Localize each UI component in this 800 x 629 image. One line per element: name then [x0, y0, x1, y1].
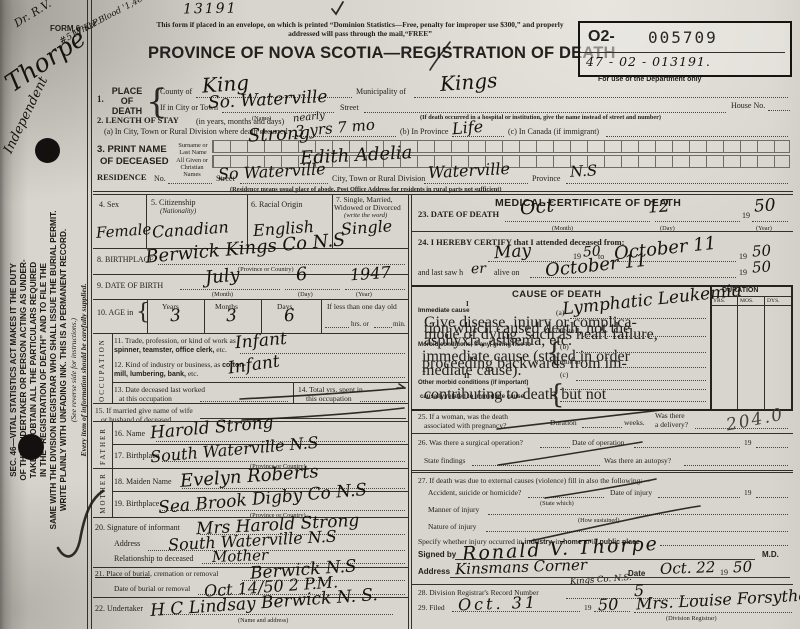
pregnancy-label-2: associated with pregnancy?: [424, 422, 506, 431]
residence-division-value: Waterville: [428, 161, 511, 181]
dob-day-value: 6: [295, 265, 308, 284]
dod-month-value: Oct: [519, 196, 555, 218]
given-caption-2: Christian Names: [172, 164, 212, 178]
father-mother-border: [112, 421, 113, 517]
total-years-line: [360, 401, 405, 402]
stamp-divider: [580, 52, 785, 53]
alive-on-line: [530, 277, 736, 278]
dod-year-value: 50: [753, 197, 776, 215]
mother-maiden-label: 18. Maiden Name: [114, 477, 172, 486]
last-saw-h-value: er: [471, 262, 486, 277]
last-worked-line: [200, 401, 288, 402]
trade-label-etc: etc.: [216, 345, 227, 354]
specify-line: [660, 545, 788, 546]
industry-label-etc: etc.: [188, 369, 199, 378]
dod-year-line: [752, 221, 788, 222]
immediate-cause-label: Immediate cause: [418, 307, 470, 314]
margin-line-3: TAKER TO OBTAIN ALL THE PARTICULARS REQU…: [29, 116, 39, 624]
industry-label-2: mill, lumbering, bank,: [114, 371, 186, 378]
trade-value: Infant: [234, 331, 287, 352]
injury-date-label: Date of injury: [610, 489, 652, 498]
accident-line: [528, 497, 604, 498]
duration-rule-2: [710, 305, 791, 306]
s1-heading: PLACE OF DEATH: [106, 86, 148, 116]
alive-19: 19: [739, 268, 747, 277]
father-name-label: 16. Name: [114, 429, 145, 438]
residence-province-line: [566, 183, 788, 184]
stay-c-line: [606, 136, 788, 137]
age-min-line: [374, 327, 392, 328]
cause-box-bottom: [411, 409, 793, 411]
informant-address-label: Address: [114, 539, 140, 548]
dob-year-value: 1947: [349, 265, 391, 284]
age-months-value: 3: [225, 308, 237, 326]
city-town-value: So. Waterville: [208, 89, 328, 112]
sex-label: 4. Sex: [99, 200, 119, 209]
check-mark-top: [332, 2, 343, 14]
how-sustained-caption: (How sustained): [578, 517, 619, 524]
cause-c-line: [576, 380, 706, 381]
citizenship-value: Canadian: [152, 219, 230, 240]
top-file-number: 13191: [183, 2, 238, 17]
signed-19: 19: [720, 568, 728, 577]
street-label: Street: [340, 103, 359, 112]
dod-19: 19: [742, 211, 750, 220]
duration-dys: DYS.: [767, 298, 780, 304]
filed-19: 19: [584, 604, 592, 613]
house-no-line: [768, 110, 790, 111]
alive-on-label: alive on: [494, 268, 520, 277]
autopsy-label: Was there an autopsy?: [604, 457, 671, 466]
burial-date-label: Date of burial or removal: [114, 585, 190, 594]
age-less-label: If less than one day old: [327, 303, 397, 312]
punch-hole-bottom: [18, 434, 44, 460]
father-vertical-label: FATHER: [99, 421, 107, 471]
operation-19: 19: [744, 439, 752, 448]
dob-day-caption: (Day): [298, 291, 313, 298]
to-19: 19: [739, 252, 747, 261]
signed-year-value: 50: [733, 560, 753, 576]
age-hrs-label: hrs. or: [351, 320, 369, 328]
s1-heading-place: PLACE: [106, 86, 148, 96]
delivery-label-2: a delivery?: [655, 421, 688, 430]
margin-notice-rotated: SEC. 46—VITAL STATISTICS ACT MAKES IT TH…: [9, 116, 89, 624]
surname-caption: Surname or Last Name: [176, 142, 210, 156]
weeks-label: weeks.: [624, 419, 645, 428]
accident-label: Accident, suicide or homicide?: [428, 489, 521, 498]
rule-under-signed: [411, 584, 793, 585]
rule-under-12: [112, 382, 408, 383]
dod-day-line: [655, 221, 740, 222]
dob-year-line: [345, 289, 405, 290]
of-deceased-heading: OF DECEASED: [100, 156, 169, 167]
industry-value: Infant: [227, 353, 281, 377]
stamp-number: 005709: [648, 28, 718, 47]
other-morbid-label: Other morbid conditions (if important): [418, 379, 528, 386]
cause-o3: causally related to immediate cause.: [420, 393, 526, 400]
given-caption: All Given or Christian Names: [172, 157, 212, 178]
cause-brace-2: {: [548, 380, 565, 410]
residence-no-label: No.: [154, 174, 166, 183]
street-line: [364, 112, 726, 113]
injury-year-line: [756, 497, 788, 498]
mother-birthplace-label: 19. Birthplace: [114, 499, 159, 508]
signed-date-value: Oct. 22: [660, 560, 716, 577]
trade-label-2: spinner, teamster, office clerk,: [114, 347, 214, 354]
dob-year-caption: (Year): [356, 291, 372, 298]
alive-year-value: 50: [752, 259, 772, 275]
margin-line-5: SAME WITH THE DIVISION REGISTRAR WHO SHA…: [49, 116, 59, 624]
signed-by-label: Signed by: [418, 550, 456, 559]
surname-value: Strong: [248, 124, 311, 145]
cause-b-line: [576, 352, 706, 353]
duration-col-2: [764, 296, 765, 409]
operation-date-label: Date of operation: [572, 439, 624, 448]
cause-c-label: (c): [560, 371, 568, 380]
column-divider-2: [411, 194, 412, 629]
dob-label: 9. DATE OF BIRTH: [97, 281, 163, 290]
header-rule-2: [93, 194, 793, 195]
margin-line-6: WRITE PLAINLY WITH UNFADING INK. THIS IS…: [59, 116, 69, 624]
municipality-value: Kings: [439, 70, 498, 94]
rule-under-23: [411, 231, 793, 232]
house-no-label: House No.: [731, 101, 765, 110]
age-border-1: [147, 299, 148, 333]
relationship-label: Relationship to deceased: [114, 554, 194, 563]
undertaker-caption: (Name and address): [238, 617, 288, 624]
address-line: [450, 577, 790, 578]
stamp-prefix: O2-: [588, 28, 615, 46]
residence-no-line: [168, 183, 212, 184]
alive-on-value: October 11: [544, 252, 648, 281]
delivery-line: [695, 428, 788, 429]
margin-rule-inner: [91, 0, 92, 629]
registrar-signature: Mrs. Louise Forsythe: [636, 588, 800, 613]
age-label: 10. AGE in: [97, 308, 133, 317]
dob-month-value: July: [204, 266, 240, 288]
filed-year-line: [594, 611, 630, 612]
nature-label: Nature of injury: [428, 523, 476, 532]
age-days-value: 6: [283, 308, 295, 326]
margin-every-item: Every item of information should be care…: [79, 116, 89, 624]
undertaker-label: 22. Undertaker: [95, 604, 143, 613]
stay-heading: 2. LENGTH OF STAY: [97, 116, 179, 126]
operation-line-a: [540, 447, 570, 448]
dod-day-value: 12: [647, 198, 670, 216]
residence-label: RESIDENCE: [97, 173, 147, 183]
cause-a-line: [570, 318, 706, 319]
dob-month-line: [180, 289, 280, 290]
residence-province-value: N.S: [570, 163, 598, 179]
age-years-value: 3: [169, 308, 181, 326]
print-name-heading: 3. PRINT NAME: [97, 144, 167, 155]
filed-date-line: [452, 611, 580, 612]
margin-line-4: IN THE “REGISTRATION OF DEATH” AND TO FI…: [39, 116, 49, 624]
cause-ii-line-2: [560, 401, 706, 402]
cause-a-value: Lymphatic Leukemia: [562, 283, 743, 319]
external-causes-label: 27. If death was due to external causes …: [418, 477, 650, 486]
racial-origin-label: 6. Racial Origin: [251, 200, 302, 209]
last-saw-label: and last saw h: [418, 268, 463, 277]
stay-c-label: (c) In Canada (if immigrant): [508, 127, 599, 136]
marital-value: Single: [341, 218, 393, 238]
header-rule-1: [93, 191, 793, 192]
scrawl-blood: White Blood '1,46.: [73, 0, 147, 39]
s1-number: 1.: [97, 94, 104, 104]
age-hrs-line: [325, 327, 349, 328]
rule-under-25: [411, 433, 793, 434]
md-label: M.D.: [762, 550, 779, 559]
age-border-4: [321, 299, 322, 333]
cause-m4: mediate cause).: [422, 362, 522, 380]
burial-label-1b: , cremation or removal: [150, 569, 218, 578]
operation-year-line: [756, 447, 788, 448]
residence-division-line: [424, 183, 528, 184]
residence-street-value: So Waterville: [218, 161, 326, 183]
attended-from-value: May: [493, 243, 531, 263]
rule-under-26b: [411, 472, 793, 473]
dob-day-line: [285, 289, 340, 290]
rule-under-26a: [411, 470, 793, 471]
sex-value: Female: [96, 222, 152, 241]
surname-caption-2: Last Name: [176, 149, 210, 156]
industry-line: [230, 377, 405, 378]
duration-col-1: [737, 296, 738, 409]
physician-address: Kinsmans Corner: [455, 558, 587, 578]
given-caption-1: All Given or: [172, 157, 212, 164]
margin-line-2: OF THE UNDERTAKER OR PERSON ACTING AS UN…: [19, 116, 29, 624]
cause-ii-line-1: [560, 389, 706, 390]
column-divider-1: [408, 194, 409, 629]
s1-heading-of: OF: [106, 96, 148, 106]
findings-line: [472, 465, 600, 466]
surname-caption-1: Surname or: [176, 142, 210, 149]
industry-label-1: 12. Kind of industry or business, as: [114, 360, 222, 369]
operation-date-line: [634, 447, 740, 448]
page-title: PROVINCE OF NOVA SCOTIA—REGISTRATION OF …: [148, 44, 616, 63]
manner-label: Manner of injury: [428, 506, 479, 515]
autopsy-line: [684, 465, 788, 466]
registrar-caption: (Division Registrar): [666, 615, 717, 622]
mother-vertical-label: MOTHER: [99, 468, 107, 518]
mail-notice-line1: This form if placed in an envelope, on w…: [156, 20, 486, 29]
stamp-file-number: 47 - 02 - 013191.: [586, 56, 711, 69]
stay-b-label: (b) In Province: [400, 127, 448, 136]
rule-under-13-14: [93, 403, 408, 404]
residence-division-label: City, Town or Rural Division: [332, 174, 425, 183]
nature-line: [486, 531, 788, 532]
margin-see-reverse: (See reverse side for instructions.): [69, 116, 79, 624]
age-min-label: min.: [393, 320, 406, 328]
age-border-2: [204, 299, 205, 333]
informant-label: 20. Signature of informant: [95, 523, 180, 532]
filed-label: 29. Filed: [418, 604, 445, 613]
cause-due1-line: [582, 336, 706, 337]
occupation-vertical-label: OCCUPATION: [98, 334, 106, 406]
county-label: County of: [160, 87, 192, 96]
cause-b-label: (b): [560, 343, 569, 352]
duration-weeks-line: [582, 427, 622, 428]
citizenship-label: 5. Citizenship: [151, 198, 195, 207]
duration-weeks-label: Duration: [550, 419, 577, 428]
residence-province-label: Province: [532, 174, 560, 183]
manner-line: [488, 514, 788, 515]
municipality-line: [414, 97, 788, 98]
stamp-caption: For use of the Department only: [598, 76, 701, 83]
state-which-caption: (State which): [540, 500, 574, 507]
dod-month-line: [505, 221, 650, 222]
municipality-label: Municipality of: [356, 87, 406, 96]
strike-13-14-arrow: [397, 384, 405, 388]
punch-hole-top: [35, 138, 60, 163]
occupation-border: [112, 333, 113, 403]
dob-month-caption: (Month): [212, 291, 233, 298]
birthplace-caption: (Province or Country): [238, 266, 294, 273]
address-label: Address: [418, 567, 450, 576]
age-border-3: [261, 299, 262, 333]
cause-due2: due to: [562, 358, 581, 367]
injury-date-line: [658, 497, 740, 498]
burial-label-1a: 21. Place of burial: [95, 569, 150, 578]
death-registration-form: FORM 6 SEC. 46—VITAL STATISTICS ACT MAKE…: [0, 0, 800, 629]
residence-street-line: [240, 183, 328, 184]
mail-notice: This form if placed in an envelope, on w…: [150, 20, 570, 39]
border-13-14: [293, 382, 294, 403]
stay-b-value: Life: [451, 119, 483, 138]
margin-line-1: SEC. 46—VITAL STATISTICS ACT MAKES IT TH…: [9, 116, 19, 624]
injury-19: 19: [744, 489, 752, 498]
date-of-death-label: 23. DATE OF DEATH: [418, 210, 499, 220]
cause-due2-line: [588, 367, 706, 368]
registrar-line: [634, 612, 792, 613]
duration-box-right: [791, 285, 793, 409]
registration-number-box: O2- 005709 47 - 02 - 013191.: [578, 21, 792, 77]
scrawl-dr: Dr. R.V.: [12, 0, 53, 29]
morbid-label: Morbid conditions, if any, giving rise t…: [418, 341, 531, 348]
operation-label: 26. Was there a surgical operation?: [418, 439, 523, 448]
findings-label: State findings: [424, 457, 465, 466]
cause-due1: due to: [556, 327, 575, 336]
citizenship-caption: (Nationality): [160, 207, 196, 215]
